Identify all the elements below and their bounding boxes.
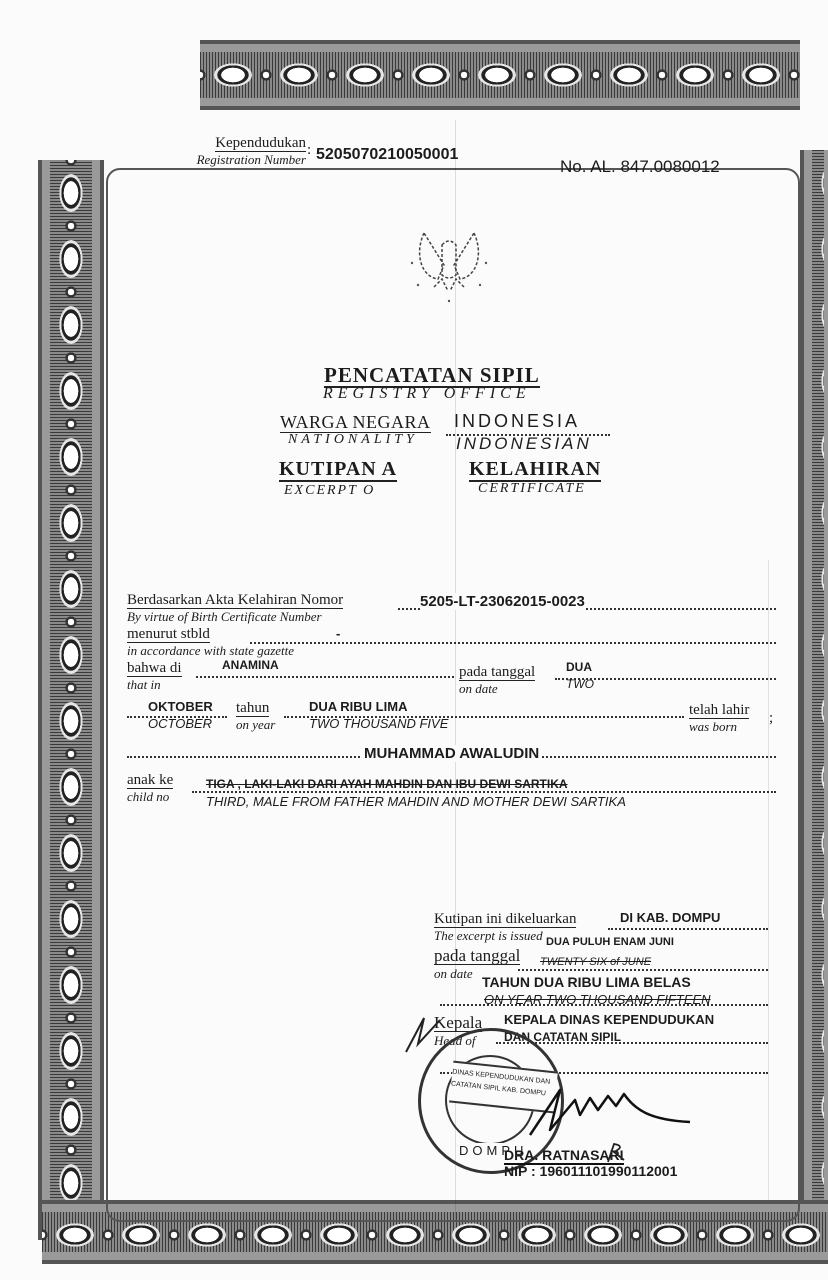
registration-label-en: Registration Number	[188, 152, 306, 167]
ornament-border-left	[38, 160, 104, 1240]
certificate-number: No. AL. 847.0080012	[560, 157, 720, 177]
child-no-dots	[192, 791, 776, 793]
nationality-value-en: INDONESIAN	[456, 434, 592, 454]
issue-date-en: TWENTY SIX of JUNE	[540, 956, 651, 968]
year-label-id: tahun	[236, 700, 269, 717]
registration-label: Kependudukan Registration Number	[188, 134, 306, 167]
born-colon: ;	[769, 710, 773, 727]
child-detail-id: TIGA , LAKI-LAKI DARI AYAH MAHDIN DAN IB…	[206, 777, 568, 791]
birth-month-id: OKTOBER	[148, 699, 213, 714]
head-title-line1: KEPALA DINAS KEPENDUDUKAN	[504, 1012, 714, 1027]
child-no-field: anak ke child no	[127, 771, 173, 804]
birth-date-label-en: on date	[459, 681, 535, 696]
birth-day-id: DUA	[566, 660, 592, 674]
year-label: tahun on year	[236, 699, 275, 732]
year-label-en: on year	[236, 717, 275, 732]
head-signature-mark-icon	[404, 1014, 444, 1054]
nationality-label-id: WARGA NEGARA	[280, 413, 431, 433]
doc-title-id: KUTIPAN A KELAHIRAN	[279, 458, 619, 480]
registration-colon: :	[307, 142, 311, 159]
birth-year-en: TWO THOUSAND FIVE	[309, 716, 448, 731]
doc-title-id-right: KELAHIRAN	[469, 458, 601, 482]
registration-number: 5205070210050001	[316, 146, 458, 164]
child-no-label-en: child no	[127, 789, 173, 804]
issued-label-id: Kutipan ini dikeluarkan	[434, 911, 576, 928]
doc-title-en-left: EXCERPT O	[284, 483, 375, 498]
issue-year-id: TAHUN DUA RIBU LIMA BELAS	[482, 974, 691, 990]
signature-icon	[520, 1080, 700, 1140]
birth-year-id: DUA RIBU LIMA	[309, 699, 407, 714]
place-label-id: bahwa di	[127, 660, 182, 677]
issue-date-id: DUA PULUH ENAM JUNI	[546, 936, 674, 948]
doc-title-en: EXCERPT O CERTIFICATE	[284, 481, 624, 499]
title-office-en: REGISTRY OFFICE	[323, 385, 531, 403]
registration-label-id: Kependudukan	[215, 135, 306, 152]
garuda-emblem-icon	[404, 215, 494, 305]
stbld-dots	[250, 642, 776, 644]
child-detail-en: THIRD, MALE FROM FATHER MAHDIN AND MOTHE…	[206, 794, 626, 809]
born-label-en: was born	[689, 719, 749, 734]
issued-dots	[608, 928, 768, 930]
issue-year-en: ON YEAR TWO THOUSAND FIFTEEN	[484, 992, 711, 1007]
child-name: MUHAMMAD AWALUDIN	[362, 745, 541, 762]
place-label-en: that in	[127, 677, 182, 692]
issued-place: DI KAB. DOMPU	[620, 910, 720, 925]
doc-title-en-right: CERTIFICATE	[478, 481, 586, 497]
nationality-label-en: NATIONALITY	[288, 432, 418, 448]
birth-cert-label-en: By virtue of Birth Certificate Number	[127, 609, 343, 624]
birth-date-field: pada tanggal on date	[459, 663, 535, 696]
born-label-id: telah lahir	[689, 702, 749, 719]
stbld-value: -	[336, 626, 340, 641]
child-no-label-id: anak ke	[127, 772, 173, 789]
issue-date-dots	[518, 969, 768, 971]
doc-title-id-left: KUTIPAN A	[279, 458, 397, 482]
ornament-border-right	[800, 150, 828, 1240]
born-label: telah lahir was born	[689, 701, 749, 734]
birth-date-label-id: pada tanggal	[459, 664, 535, 681]
birth-month-en: OCTOBER	[148, 716, 212, 731]
place-field: bahwa di that in	[127, 659, 182, 692]
stbld-label-en: in accordance with state gazette	[127, 643, 294, 658]
place-value: ANAMINA	[222, 658, 279, 672]
ornament-border-top	[200, 40, 800, 110]
birth-cert-number: 5205-LT-23062015-0023	[420, 593, 585, 610]
birth-cert-number-field: Berdasarkan Akta Kelahiran Nomor By virt…	[127, 591, 343, 624]
official-nip: NIP : 196011101990112001	[504, 1163, 677, 1179]
paper-fold-line	[768, 560, 769, 1200]
initial-mark-icon	[604, 1140, 628, 1164]
nationality-value-id: INDONESIA	[454, 411, 580, 432]
birth-cert-label-id: Berdasarkan Akta Kelahiran Nomor	[127, 592, 343, 609]
issue-date-label-id: pada tanggal	[434, 948, 520, 965]
place-dots	[196, 676, 454, 678]
stbld-label-id: menurut stbld	[127, 626, 210, 643]
birth-day-en: TWO	[566, 677, 594, 691]
